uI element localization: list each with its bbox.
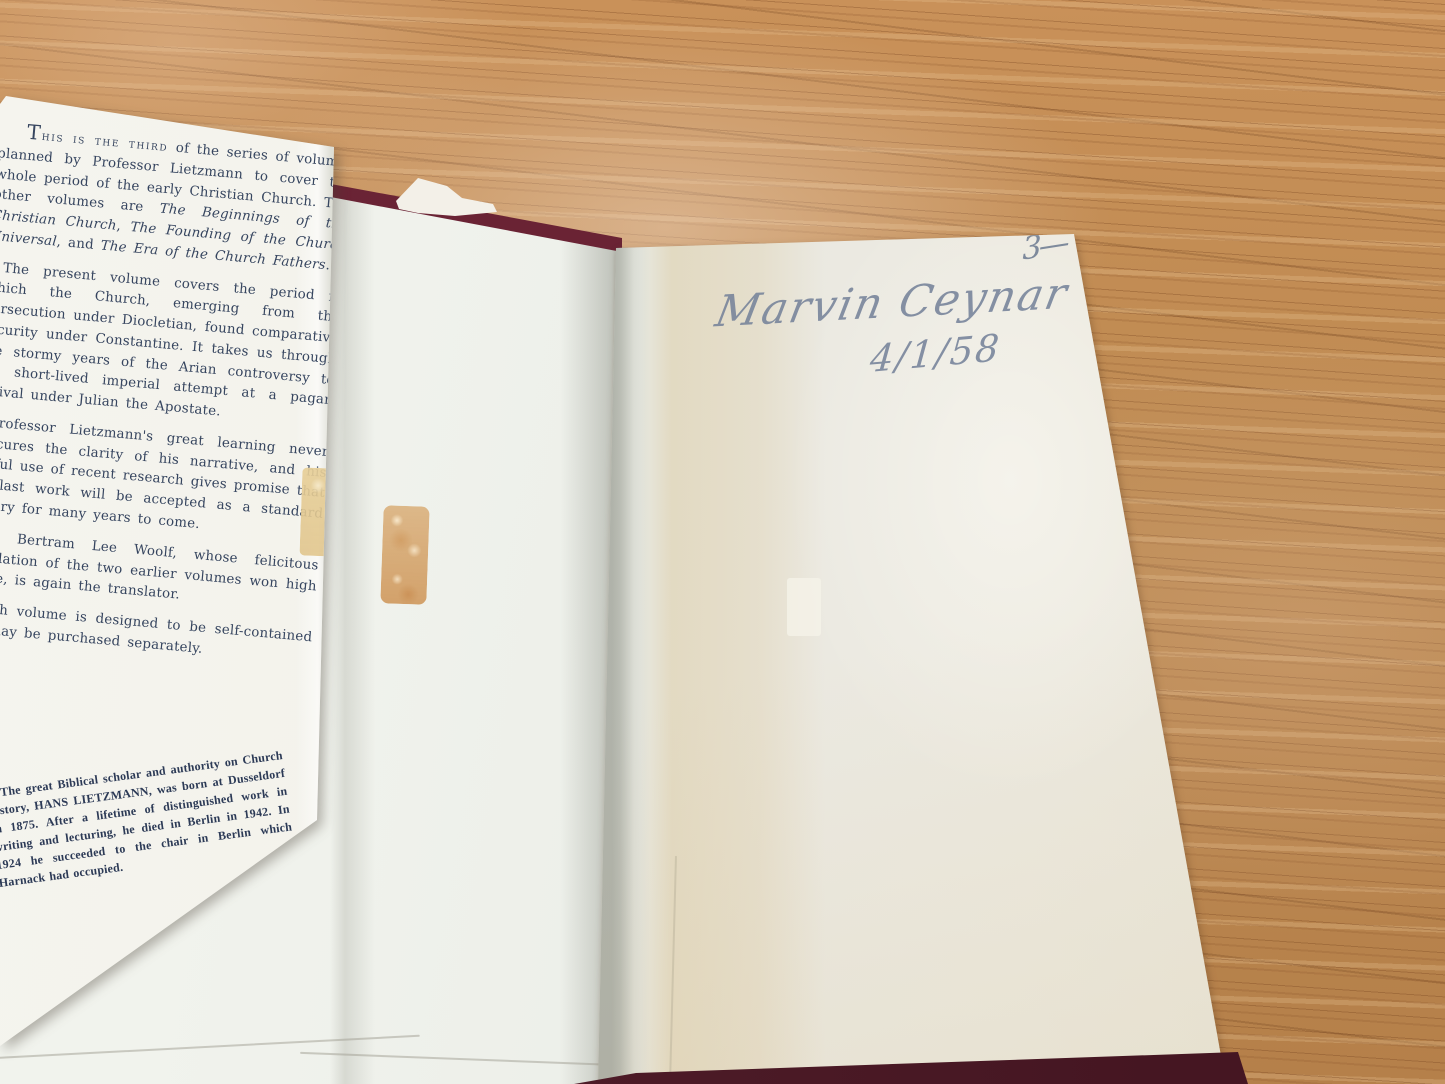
tape-stain [299, 467, 338, 556]
flap-blurb-text: This is the third of the series of volum… [0, 120, 355, 680]
flap-paragraph: The present volume covers the period in … [0, 257, 343, 433]
intro-roman: . [325, 258, 331, 273]
dust-jacket-flap-wrap: This is the third of the series of volum… [0, 0, 1445, 1084]
flap-paragraph: Professor Lietzmann's great learning nev… [0, 412, 329, 546]
author-bio-note: *The great Biblical scholar and authorit… [0, 746, 295, 892]
dust-jacket-flap: This is the third of the series of volum… [0, 0, 1445, 1084]
flap-paragraph-intro: This is the third of the series of volum… [0, 120, 355, 278]
intro-roman: , and [56, 234, 101, 253]
bio-text: The great Biblical scholar and authority… [0, 748, 293, 890]
